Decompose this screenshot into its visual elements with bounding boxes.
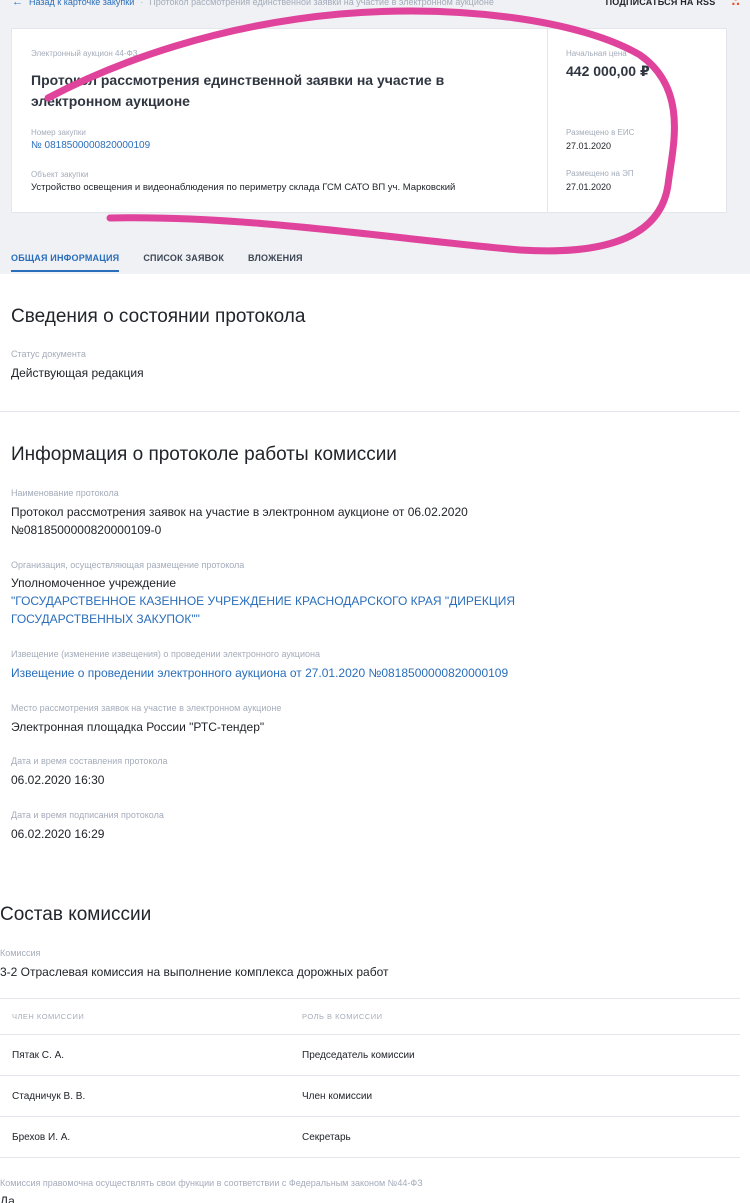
place-value: Электронная площадка России "РТС-тендер" <box>11 718 264 736</box>
header-area: ← Назад к карточке закупки · Протокол ра… <box>0 0 750 274</box>
signed-label: Дата и время подписания протокола <box>11 810 164 820</box>
price-label: Начальная цена <box>566 49 726 58</box>
arrow-left-icon[interactable]: ← <box>12 0 23 8</box>
breadcrumb: ← Назад к карточке закупки · Протокол ра… <box>12 0 494 8</box>
tab-attachments[interactable]: ВЛОЖЕНИЯ <box>248 253 303 272</box>
rss-icon[interactable]: ∴ <box>731 0 740 9</box>
protocol-name-line1: Протокол рассмотрения заявок на участие … <box>11 503 468 521</box>
purchase-number-link[interactable]: № 0818500000820000109 <box>31 140 150 151</box>
status-label: Статус документа <box>11 349 86 359</box>
card-side: Начальная цена 442 000,00 ₽ Размещено в … <box>548 29 726 212</box>
org-name-link-line2[interactable]: ГОСУДАРСТВЕННЫХ ЗАКУПОК"" <box>11 610 200 628</box>
tab-bar: ОБЩАЯ ИНФОРМАЦИЯ СПИСОК ЗАЯВОК ВЛОЖЕНИЯ <box>11 253 303 272</box>
notice-label: Извещение (изменение извещения) о провед… <box>11 649 320 659</box>
signed-value: 06.02.2020 16:29 <box>11 825 104 843</box>
commission-value: 3-2 Отраслевая комиссия на выполнение ко… <box>0 963 389 981</box>
member-name: Стадничук В. В. <box>0 1091 302 1102</box>
protocol-section-title: Информация о протоколе работы комиссии <box>11 444 397 466</box>
purchase-summary-card: Электронный аукцион 44-ФЗ Протокол рассм… <box>11 28 727 213</box>
status-value: Действующая редакция <box>11 364 144 382</box>
org-label: Организация, осуществляющая размещение п… <box>11 560 244 570</box>
breadcrumb-separator: · <box>140 0 143 7</box>
commission-members-table: ЧЛЕН КОМИССИИ РОЛЬ В КОМИССИИ Пятак С. А… <box>0 998 740 1158</box>
tab-general-info[interactable]: ОБЩАЯ ИНФОРМАЦИЯ <box>11 253 119 272</box>
member-role: Председатель комиссии <box>302 1050 740 1061</box>
member-role: Секретарь <box>302 1132 740 1143</box>
commission-label: Комиссия <box>0 948 40 958</box>
card-main: Электронный аукцион 44-ФЗ Протокол рассм… <box>12 29 548 212</box>
purchase-object: Устройство освещения и видеонаблюдения п… <box>31 182 455 193</box>
protocol-name-line2: №0818500000820000109-0 <box>11 521 161 539</box>
back-to-purchase-link[interactable]: Назад к карточке закупки <box>29 0 134 7</box>
rss-label: ПОДПИСАТЬСЯ НА RSS <box>606 0 716 7</box>
placed-eis-date: 27.01.2020 <box>566 141 611 151</box>
initial-price: 442 000,00 ₽ <box>566 63 726 80</box>
place-label: Место рассмотрения заявок на участие в э… <box>11 703 281 713</box>
org-name-link-line1[interactable]: "ГОСУДАРСТВЕННОЕ КАЗЕННОЕ УЧРЕЖДЕНИЕ КРА… <box>11 592 515 610</box>
card-title: Протокол рассмотрения единственной заявк… <box>31 70 536 112</box>
status-section-title: Сведения о состоянии протокола <box>11 306 305 328</box>
placed-ep-date: 27.01.2020 <box>566 182 611 192</box>
breadcrumb-current: Протокол рассмотрения единственной заявк… <box>149 0 494 7</box>
table-row: Стадничук В. В. Член комиссии <box>0 1076 740 1117</box>
placed-ep-label: Размещено на ЭП <box>566 169 634 178</box>
purchase-object-label: Объект закупки <box>31 170 88 179</box>
table-row: Брехов И. А. Секретарь <box>0 1117 740 1158</box>
column-role: РОЛЬ В КОМИССИИ <box>302 1012 740 1021</box>
member-name: Пятак С. А. <box>0 1050 302 1061</box>
column-member: ЧЛЕН КОМИССИИ <box>0 1012 302 1021</box>
table-row: Пятак С. А. Председатель комиссии <box>0 1035 740 1076</box>
placed-eis-label: Размещено в ЕИС <box>566 128 634 137</box>
competent-label: Комиссия правомочна осуществлять свои фу… <box>0 1178 423 1188</box>
section-divider <box>0 411 740 412</box>
rss-subscribe-button[interactable]: ПОДПИСАТЬСЯ НА RSS ∴ <box>606 0 740 8</box>
member-role: Член комиссии <box>302 1091 740 1102</box>
purchase-number-label: Номер закупки <box>31 128 86 137</box>
table-header: ЧЛЕН КОМИССИИ РОЛЬ В КОМИССИИ <box>0 998 740 1035</box>
org-type: Уполномоченное учреждение <box>11 574 176 592</box>
competent-value: Да <box>0 1192 15 1203</box>
commission-section-title: Состав комиссии <box>0 904 151 926</box>
tab-applications-list[interactable]: СПИСОК ЗАЯВОК <box>143 253 224 272</box>
notice-link[interactable]: Извещение о проведении электронного аукц… <box>11 664 508 682</box>
compiled-label: Дата и время составления протокола <box>11 756 167 766</box>
compiled-value: 06.02.2020 16:30 <box>11 771 104 789</box>
procedure-type: Электронный аукцион 44-ФЗ <box>31 49 547 58</box>
member-name: Брехов И. А. <box>0 1132 302 1143</box>
protocol-name-label: Наименование протокола <box>11 488 119 498</box>
